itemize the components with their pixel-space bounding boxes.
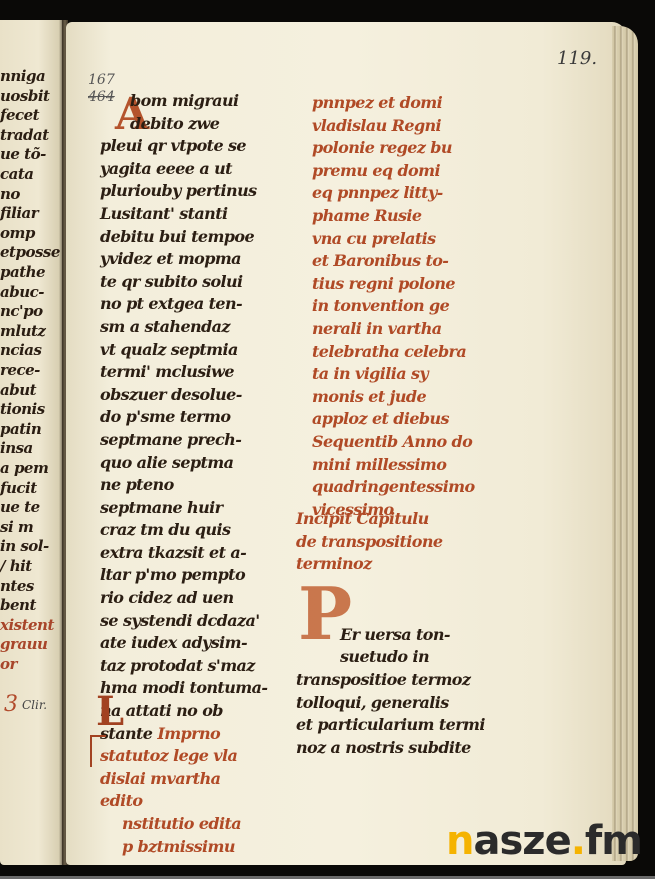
chapter-body-line: noz a nostris subdite — [296, 737, 516, 760]
watermark-n: n — [446, 818, 473, 864]
line-text: Er uersa ton- — [340, 625, 450, 644]
manuscript-line: extra tkazsit et a- — [100, 542, 285, 565]
manuscript-line: eq pnnpez litty- — [312, 182, 522, 205]
line-text: vladislau Regni — [312, 116, 441, 135]
verso-line: pathe — [0, 262, 62, 282]
line-text: Lusitant' stanti — [100, 204, 228, 223]
line-text: Incipit Capitulu — [296, 509, 429, 528]
verso-line: fucit — [0, 478, 62, 498]
chapter-rubric-line: Incipit Capitulu — [296, 508, 516, 531]
line-text: debitu bui tempoe — [100, 227, 254, 246]
decorated-initial-l: L — [96, 692, 124, 732]
verso-line: ue te — [0, 497, 62, 517]
line-text: no pt extgea ten- — [100, 294, 242, 313]
verso-page-fragment: nnigauosbitfecettradatue tõ-cata nofilia… — [0, 20, 64, 865]
line-text: eq pnnpez litty- — [312, 183, 443, 202]
line-text: phame Rusie — [312, 206, 421, 225]
manuscript-line: na attati no ob — [100, 700, 285, 723]
manuscript-line: pleui qr vtpote se — [100, 135, 285, 158]
verso-line: insa — [0, 438, 62, 458]
line-text: transpositioe termoz — [296, 670, 470, 689]
manuscript-line: phame Rusie — [312, 205, 522, 228]
line-text: vt qualz septmia — [100, 340, 238, 359]
line-text: rio cidez ad uen — [100, 588, 234, 607]
manuscript-line: mini millessimo — [312, 454, 522, 477]
verso-line: filiar — [0, 203, 62, 223]
chapter-body-line: tolloqui, generalis — [296, 692, 516, 715]
manuscript-line: debitu bui tempoe — [100, 226, 285, 249]
line-text: noz a nostris subdite — [296, 738, 471, 757]
verso-line: fecet — [0, 105, 62, 125]
verso-folio-note: Clir. — [22, 698, 47, 712]
margin-note-line: 167 — [88, 72, 115, 89]
line-text: taz protodat s'maz — [100, 656, 255, 675]
line-text: pleui qr vtpote se — [100, 136, 246, 155]
verso-line: / hit — [0, 556, 62, 576]
line-text: termi' mclusiwe — [100, 362, 234, 381]
verso-line: tradat — [0, 125, 62, 145]
line-text: obszuer desolue- — [100, 385, 242, 404]
manuscript-line: nerali in vartha — [312, 318, 522, 341]
manuscript-line: te qr subito solui — [100, 271, 285, 294]
line-text: in tonvention ge — [312, 296, 449, 315]
manuscript-line: in tonvention ge — [312, 295, 522, 318]
line-text: hma modi tontuma- — [100, 678, 267, 697]
manuscript-line: obszuer desolue- — [100, 384, 285, 407]
verso-line: in sol- — [0, 536, 62, 556]
manuscript-line: no pt extgea ten- — [100, 293, 285, 316]
verso-line: ntes — [0, 576, 62, 596]
page-edges — [612, 26, 638, 861]
manuscript-line: sm a stahendaz — [100, 316, 285, 339]
manuscript-line: septmane prech- — [100, 429, 285, 452]
line-text: quadringentessimo — [312, 477, 475, 496]
manuscript-line: vna cu prelatis — [312, 228, 522, 251]
line-text: vna cu prelatis — [312, 229, 436, 248]
manuscript-line: telebratha celebra — [312, 341, 522, 364]
line-text: dislai mvartha — [100, 769, 220, 788]
left-text-column: bom migrauidebito zwepleui qr vtpote sey… — [100, 90, 285, 858]
line-text: mini millessimo — [312, 455, 446, 474]
verso-line: ue tõ- — [0, 144, 62, 164]
manuscript-line: monis et jude — [312, 386, 522, 409]
manuscript-line: ne pteno — [100, 474, 285, 497]
manuscript-line: do p'sme termo — [100, 406, 285, 429]
manuscript-line: statutoz lege vla — [100, 745, 285, 768]
manuscript-line: se systendi dcdaza' — [100, 610, 285, 633]
line-text: ate iudex adysim- — [100, 633, 247, 652]
verso-line: etposse — [0, 242, 62, 262]
verso-line: no — [0, 184, 62, 204]
line-text: sm a stahendaz — [100, 317, 230, 336]
manuscript-line: dislai mvartha — [100, 768, 285, 791]
line-text: ta in vigilia sy — [312, 364, 428, 383]
manuscript-line: quadringentessimo — [312, 476, 522, 499]
manuscript-line: yagita eeee a ut — [100, 158, 285, 181]
manuscript-line: edito — [100, 790, 285, 813]
decorated-initial-p: P — [298, 578, 352, 650]
manuscript-line: polonie regez bu — [312, 137, 522, 160]
watermark-dot: . — [571, 818, 585, 864]
line-text: et Baronibus to- — [312, 251, 448, 270]
verso-line: xistent — [0, 615, 62, 635]
closing-rubric-line: nstitutio edita — [100, 813, 285, 836]
verso-line: mlutz — [0, 321, 62, 341]
manuscript-line: Sequentib Anno do — [312, 431, 522, 454]
manuscript-line: ta in vigilia sy — [312, 363, 522, 386]
watermark-tld: fm — [585, 818, 642, 864]
manuscript-line: premu eq domi — [312, 160, 522, 183]
manuscript-viewer: nnigauosbitfecettradatue tõ-cata nofilia… — [0, 0, 655, 876]
line-text: nstitutio edita — [122, 814, 241, 833]
manuscript-line: vladislau Regni — [312, 115, 522, 138]
line-text: Sequentib Anno do — [312, 432, 472, 451]
verso-line: or — [0, 654, 62, 674]
line-rubric-continuation: Imprno — [152, 724, 220, 743]
manuscript-line: septmane huir — [100, 497, 285, 520]
line-text: se systendi dcdaza' — [100, 611, 260, 630]
line-text: yvidez et mopma — [100, 249, 241, 268]
verso-line: uosbit — [0, 86, 62, 106]
verso-line: nc'po — [0, 301, 62, 321]
manuscript-line: quo alie septma — [100, 452, 285, 475]
manuscript-line: stante Imprno — [100, 723, 285, 746]
manuscript-line: tius regni polone — [312, 273, 522, 296]
watermark-name: asze — [473, 818, 570, 864]
line-text: te qr subito solui — [100, 272, 243, 291]
verso-line: rece- — [0, 360, 62, 380]
verso-line: abuc- — [0, 282, 62, 302]
verso-line: tionis — [0, 399, 62, 419]
manuscript-line: et Baronibus to- — [312, 250, 522, 273]
initial-flourish — [90, 735, 106, 767]
verso-line: grauu — [0, 634, 62, 654]
manuscript-line: ate iudex adysim- — [100, 632, 285, 655]
verso-line: omp — [0, 223, 62, 243]
manuscript-line: termi' mclusiwe — [100, 361, 285, 384]
line-text: statutoz lege vla — [100, 746, 237, 765]
line-text: p bztmissimu — [122, 837, 235, 856]
verso-line: si m — [0, 517, 62, 537]
line-text: debito zwe — [130, 114, 219, 133]
line-text: apploz et diebus — [312, 409, 449, 428]
line-text: et particularium termi — [296, 715, 485, 734]
line-text: septmane prech- — [100, 430, 241, 449]
line-text: craz tm du quis — [100, 520, 230, 539]
line-text: tolloqui, generalis — [296, 693, 449, 712]
right-text-column: pnnpez et domivladislau Regnipolonie reg… — [312, 92, 522, 521]
line-text: yagita eeee a ut — [100, 159, 232, 178]
line-text: tius regni polone — [312, 274, 455, 293]
line-text: polonie regez bu — [312, 138, 452, 157]
verso-line: nniga — [0, 66, 62, 86]
chapter-body-line: et particularium termi — [296, 714, 516, 737]
chapter-body-line: transpositioe termoz — [296, 669, 516, 692]
line-text: telebratha celebra — [312, 342, 466, 361]
verso-line: bent — [0, 595, 62, 615]
manuscript-line: apploz et diebus — [312, 408, 522, 431]
manuscript-line: yvidez et mopma — [100, 248, 285, 271]
verso-line: cata — [0, 164, 62, 184]
verso-line: abut — [0, 380, 62, 400]
line-text: bom migraui — [130, 91, 238, 110]
manuscript-line: pluriouby pertinus — [100, 180, 285, 203]
manuscript-line: rio cidez ad uen — [100, 587, 285, 610]
closing-rubric-line: p bztmissimu — [100, 836, 285, 859]
verso-line: patin — [0, 419, 62, 439]
watermark-logo: nasze.fm — [446, 819, 642, 863]
line-text: pnnpez et domi — [312, 93, 442, 112]
manuscript-line: taz protodat s'maz — [100, 655, 285, 678]
line-text: do p'sme termo — [100, 407, 230, 426]
manuscript-line: pnnpez et domi — [312, 92, 522, 115]
manuscript-line: Lusitant' stanti — [100, 203, 285, 226]
line-text: monis et jude — [312, 387, 426, 406]
manuscript-line: vt qualz septmia — [100, 339, 285, 362]
chapter-rubric-line: de transpositione — [296, 531, 516, 554]
folio-number: 119. — [557, 48, 597, 69]
line-text: edito — [100, 791, 143, 810]
line-text: suetudo in — [340, 647, 429, 666]
verso-folio-number: 3 — [4, 692, 18, 717]
line-text: premu eq domi — [312, 161, 440, 180]
line-text: ne pteno — [100, 475, 174, 494]
line-text: pluriouby pertinus — [100, 181, 257, 200]
manuscript-line: craz tm du quis — [100, 519, 285, 542]
line-text: de transpositione — [296, 532, 442, 551]
manuscript-line: debito zwe — [100, 113, 285, 136]
manuscript-line: ltar p'mo pempto — [100, 564, 285, 587]
line-text: extra tkazsit et a- — [100, 543, 246, 562]
line-text: nerali in vartha — [312, 319, 442, 338]
line-text: ltar p'mo pempto — [100, 565, 245, 584]
verso-line: a pem — [0, 458, 62, 478]
manuscript-line: hma modi tontuma- — [100, 677, 285, 700]
verso-line: ncias — [0, 340, 62, 360]
line-text: quo alie septma — [100, 453, 233, 472]
line-text: septmane huir — [100, 498, 222, 517]
manuscript-line: bom migraui — [100, 90, 285, 113]
